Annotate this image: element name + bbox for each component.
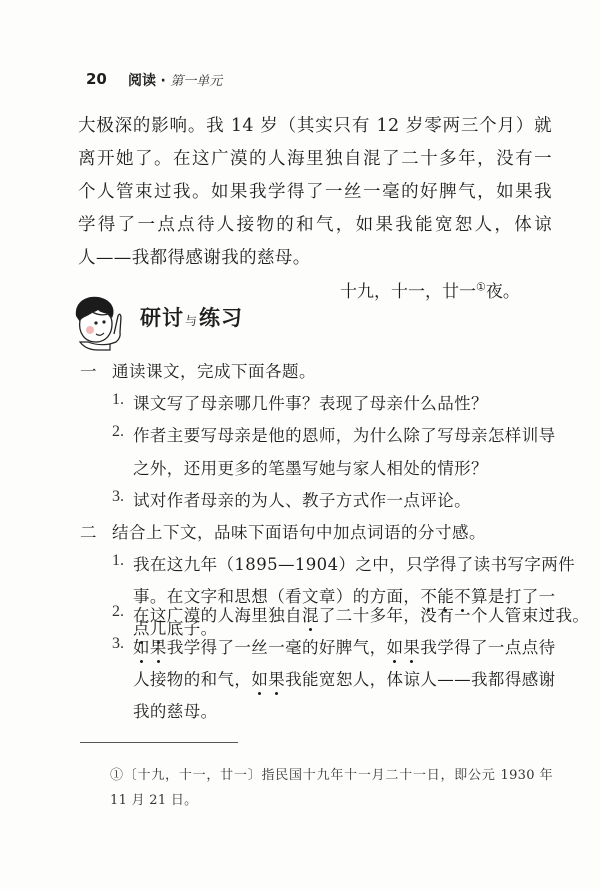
heading-part-b: 练习: [199, 306, 243, 330]
item-text: 我在这九年（1895—1904）之中，只学得了读书写字两件: [133, 551, 553, 575]
section-label: 二: [80, 519, 97, 543]
section-prompt: 结合上下文，品味下面语句中加点词语的分寸感。: [112, 519, 486, 543]
item-text-emphasis: 如果我学得了一丝一毫的好脾气，如果我学得了一点点待: [133, 634, 553, 658]
exercise-heading: 研讨与练习: [140, 302, 243, 332]
emphasized-char: 如: [387, 634, 404, 658]
item-number: 3.: [112, 635, 124, 653]
text-run: 人接物的和气，: [133, 670, 251, 689]
item-text: 作者主要写母亲是他的恩师，为什么除了写母亲怎样训导: [133, 422, 553, 446]
emphasized-char: 果: [403, 634, 420, 658]
emphasized-char: 如: [133, 634, 150, 658]
footnote-marker: ①: [110, 768, 124, 783]
text-run: 了二十多年，没有一个人管束过我。: [319, 606, 589, 625]
body-line-1: 大极深的影响。我 14 岁（其实只有 12 岁零两三个月）就: [78, 112, 552, 137]
footnote-divider: [80, 742, 238, 743]
item-number: 1.: [112, 391, 124, 409]
footnote-line-1: ①〔十九，十一，廿一〕指民国十九年十一月二十一日，即公元 1930 年: [110, 764, 553, 783]
running-header: 阅读 · 第一单元: [128, 70, 222, 90]
item-text: 课文写了母亲哪几件事？表现了母亲什么品性？: [133, 390, 488, 414]
header-section: 阅读: [128, 73, 156, 89]
signature-end: 夜。: [486, 282, 520, 302]
emphasized-char: 如: [251, 666, 268, 690]
body-line-3: 个人管束过我。如果我学得了一丝一毫的好脾气，如果我: [78, 178, 552, 203]
text-run: 我学得了一丝一毫的好脾气，: [167, 638, 387, 657]
item-text-emphasis: 在这广漠的人海里独自混了二十多年，没有一个人管束过我。: [133, 602, 589, 626]
body-line-5: 人——我都得感谢我的慈母。: [78, 244, 311, 269]
item-number: 2.: [112, 423, 124, 441]
item-text-emphasis: 人接物的和气，如果我能宽恕人，体谅人——我都得感谢: [133, 666, 553, 690]
heading-part-a: 研讨: [140, 306, 184, 330]
emphasized-char: 果: [150, 634, 167, 658]
section-label: 一: [80, 358, 97, 382]
item-text: 试对作者母亲的为人、教子方式作一点评论。: [133, 487, 471, 511]
text-run: 我学得了一点点待: [420, 638, 555, 657]
signature-date: 十九，十一，廿一: [340, 282, 476, 302]
item-text: 之外，还用更多的笔墨写她与家人相处的情形？: [133, 455, 488, 479]
emphasized-char: 混: [302, 602, 319, 626]
header-unit: 第一单元: [170, 74, 222, 89]
footnote-line-2: 11 月 21 日。: [110, 789, 197, 808]
header-separator: ·: [160, 73, 165, 89]
heading-join: 与: [185, 314, 198, 328]
item-number: 3.: [112, 488, 124, 506]
body-line-4: 学得了一点点待人接物的和气，如果我能宽恕人，体谅: [78, 211, 552, 236]
page-number: 20: [86, 70, 107, 88]
body-line-2: 离开她了。在这广漠的人海里独自混了二十多年，没有一: [78, 145, 552, 170]
date-signature: 十九，十一，廿一①夜。: [340, 277, 520, 302]
item-number: 2.: [112, 603, 124, 621]
footnote-text: 〔十九，十一，廿一〕指民国十九年十一月二十一日，即公元 1930 年: [124, 768, 553, 783]
footnote-ref[interactable]: ①: [476, 280, 486, 293]
text-run: 在这广漠的人海里独自: [133, 606, 302, 625]
boy-pointing-mascot-icon: [68, 292, 130, 352]
item-number: 1.: [112, 552, 124, 570]
text-run: 我能宽恕人，体谅人——我都得感谢: [285, 670, 555, 689]
section-prompt: 通读课文，完成下面各题。: [112, 358, 316, 382]
item-text: 我的慈母。: [133, 698, 218, 722]
emphasized-char: 果: [268, 666, 285, 690]
